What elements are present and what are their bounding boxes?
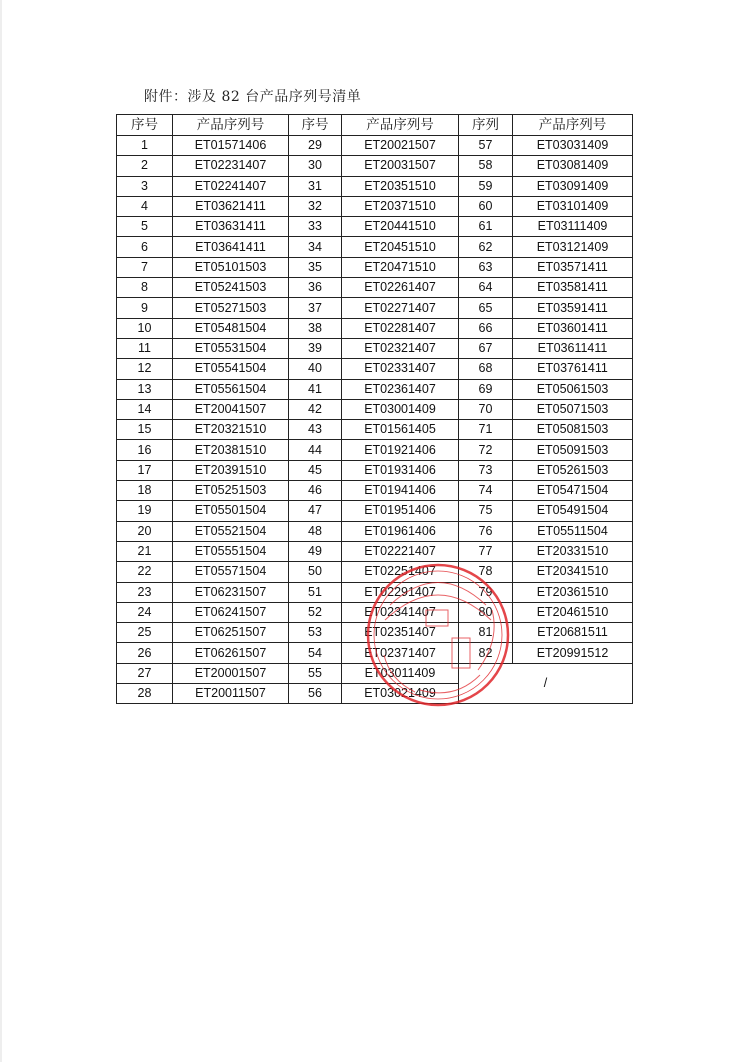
table-row: 23ET0623150751ET0229140779ET20361510 — [117, 582, 633, 602]
row-serial-cell: ET01921406 — [342, 440, 459, 460]
row-index-cell: 38 — [289, 318, 342, 338]
table-row: 17ET2039151045ET0193140673ET05261503 — [117, 460, 633, 480]
header-serial-2: 产品序列号 — [342, 115, 459, 136]
table-row: 22ET0557150450ET0225140778ET20341510 — [117, 562, 633, 582]
header-index-3: 序列 — [459, 115, 513, 136]
row-serial-cell: ET20461510 — [513, 602, 633, 622]
row-index-cell: 35 — [289, 257, 342, 277]
row-index-cell: 2 — [117, 156, 173, 176]
row-index-cell: 68 — [459, 359, 513, 379]
row-serial-cell: ET02361407 — [342, 379, 459, 399]
row-index-cell: 40 — [289, 359, 342, 379]
row-index-cell: 78 — [459, 562, 513, 582]
row-index-cell: 31 — [289, 176, 342, 196]
row-serial-cell: ET05071503 — [513, 399, 633, 419]
table-header-row: 序号 产品序列号 序号 产品序列号 序列 产品序列号 — [117, 115, 633, 136]
row-serial-cell: ET03631411 — [173, 217, 289, 237]
row-serial-cell: ET03111409 — [513, 217, 633, 237]
row-index-cell: 70 — [459, 399, 513, 419]
row-serial-cell: ET03571411 — [513, 257, 633, 277]
row-serial-cell: ET05481504 — [173, 318, 289, 338]
row-index-cell: 66 — [459, 318, 513, 338]
row-index-cell: 1 — [117, 136, 173, 156]
row-serial-cell: ET20011507 — [173, 684, 289, 704]
header-serial-3: 产品序列号 — [513, 115, 633, 136]
row-index-cell: 71 — [459, 420, 513, 440]
table-row: 7ET0510150335ET2047151063ET03571411 — [117, 257, 633, 277]
table-row: 6ET0364141134ET2045151062ET03121409 — [117, 237, 633, 257]
row-serial-cell: ET03621411 — [173, 196, 289, 216]
row-index-cell: 30 — [289, 156, 342, 176]
row-index-cell: 69 — [459, 379, 513, 399]
row-serial-cell: ET03641411 — [173, 237, 289, 257]
row-serial-cell: ET03761411 — [513, 359, 633, 379]
row-index-cell: 49 — [289, 541, 342, 561]
table-row: 8ET0524150336ET0226140764ET03581411 — [117, 278, 633, 298]
row-index-cell: 32 — [289, 196, 342, 216]
table-row: 3ET0224140731ET2035151059ET03091409 — [117, 176, 633, 196]
document-title: 附件：涉及 82 台产品序列号清单 — [144, 86, 361, 106]
row-index-cell: 3 — [117, 176, 173, 196]
row-index-cell: 63 — [459, 257, 513, 277]
row-index-cell: 21 — [117, 541, 173, 561]
row-index-cell: 34 — [289, 237, 342, 257]
table-row: 24ET0624150752ET0234140780ET20461510 — [117, 602, 633, 622]
row-serial-cell: ET20471510 — [342, 257, 459, 277]
row-serial-cell: ET03611411 — [513, 338, 633, 358]
scan-edge — [0, 0, 2, 1062]
table-body: 1ET0157140629ET2002150757ET030314092ET02… — [117, 136, 633, 704]
row-index-cell: 43 — [289, 420, 342, 440]
row-serial-cell: ET01571406 — [173, 136, 289, 156]
row-index-cell: 72 — [459, 440, 513, 460]
row-serial-cell: ET05271503 — [173, 298, 289, 318]
row-index-cell: 11 — [117, 338, 173, 358]
row-serial-cell: ET05501504 — [173, 501, 289, 521]
row-serial-cell: ET05061503 — [513, 379, 633, 399]
row-index-cell: 20 — [117, 521, 173, 541]
row-serial-cell: ET20991512 — [513, 643, 633, 663]
row-index-cell: 28 — [117, 684, 173, 704]
row-serial-cell: ET05541504 — [173, 359, 289, 379]
table-row: 15ET2032151043ET0156140571ET05081503 — [117, 420, 633, 440]
header-serial-1: 产品序列号 — [173, 115, 289, 136]
row-serial-cell: ET20041507 — [173, 399, 289, 419]
table-row: 16ET2038151044ET0192140672ET05091503 — [117, 440, 633, 460]
row-index-cell: 22 — [117, 562, 173, 582]
table-row: 14ET2004150742ET0300140970ET05071503 — [117, 399, 633, 419]
table-row: 4ET0362141132ET2037151060ET03101409 — [117, 196, 633, 216]
row-serial-cell: ET02241407 — [173, 176, 289, 196]
row-index-cell: 10 — [117, 318, 173, 338]
table-row: 11ET0553150439ET0232140767ET03611411 — [117, 338, 633, 358]
row-index-cell: 29 — [289, 136, 342, 156]
row-index-cell: 64 — [459, 278, 513, 298]
row-serial-cell: ET20351510 — [342, 176, 459, 196]
table-row: 13ET0556150441ET0236140769ET05061503 — [117, 379, 633, 399]
header-index-1: 序号 — [117, 115, 173, 136]
row-serial-cell: ET02341407 — [342, 602, 459, 622]
row-index-cell: 17 — [117, 460, 173, 480]
row-index-cell: 45 — [289, 460, 342, 480]
row-serial-cell: ET03121409 — [513, 237, 633, 257]
row-serial-cell: ET20021507 — [342, 136, 459, 156]
row-index-cell: 16 — [117, 440, 173, 460]
row-index-cell: 65 — [459, 298, 513, 318]
row-index-cell: 55 — [289, 663, 342, 683]
row-serial-cell: ET02221407 — [342, 541, 459, 561]
row-serial-cell: ET02351407 — [342, 623, 459, 643]
row-serial-cell: ET02251407 — [342, 562, 459, 582]
row-serial-cell: ET20681511 — [513, 623, 633, 643]
row-serial-cell: ET05571504 — [173, 562, 289, 582]
row-serial-cell: ET03001409 — [342, 399, 459, 419]
row-serial-cell: ET02281407 — [342, 318, 459, 338]
row-serial-cell: ET03101409 — [513, 196, 633, 216]
row-index-cell: 46 — [289, 481, 342, 501]
row-serial-cell: ET03091409 — [513, 176, 633, 196]
row-index-cell: 24 — [117, 602, 173, 622]
row-serial-cell: ET01961406 — [342, 521, 459, 541]
row-serial-cell: ET05261503 — [513, 460, 633, 480]
row-index-cell: 58 — [459, 156, 513, 176]
row-index-cell: 59 — [459, 176, 513, 196]
row-serial-cell: ET02371407 — [342, 643, 459, 663]
row-index-cell: 67 — [459, 338, 513, 358]
row-serial-cell: ET01951406 — [342, 501, 459, 521]
row-serial-cell: ET20031507 — [342, 156, 459, 176]
row-index-cell: 39 — [289, 338, 342, 358]
row-serial-cell: ET05251503 — [173, 481, 289, 501]
row-index-cell: 23 — [117, 582, 173, 602]
row-index-cell: 19 — [117, 501, 173, 521]
row-index-cell: 79 — [459, 582, 513, 602]
row-index-cell: 51 — [289, 582, 342, 602]
row-serial-cell: ET02321407 — [342, 338, 459, 358]
row-index-cell: 53 — [289, 623, 342, 643]
empty-merged-cell: / — [459, 663, 633, 704]
row-serial-cell: ET20381510 — [173, 440, 289, 460]
row-index-cell: 81 — [459, 623, 513, 643]
table-row: 1ET0157140629ET2002150757ET03031409 — [117, 136, 633, 156]
row-serial-cell: ET03031409 — [513, 136, 633, 156]
row-serial-cell: ET02231407 — [173, 156, 289, 176]
table-row: 19ET0550150447ET0195140675ET05491504 — [117, 501, 633, 521]
table-row: 10ET0548150438ET0228140766ET03601411 — [117, 318, 633, 338]
row-serial-cell: ET06231507 — [173, 582, 289, 602]
row-index-cell: 8 — [117, 278, 173, 298]
row-index-cell: 7 — [117, 257, 173, 277]
row-serial-cell: ET20341510 — [513, 562, 633, 582]
row-index-cell: 74 — [459, 481, 513, 501]
row-serial-cell: ET20321510 — [173, 420, 289, 440]
row-serial-cell: ET20331510 — [513, 541, 633, 561]
row-serial-cell: ET05551504 — [173, 541, 289, 561]
table-row: 26ET0626150754ET0237140782ET20991512 — [117, 643, 633, 663]
row-index-cell: 25 — [117, 623, 173, 643]
table-row: 9ET0527150337ET0227140765ET03591411 — [117, 298, 633, 318]
row-serial-cell: ET20361510 — [513, 582, 633, 602]
table-row: 25ET0625150753ET0235140781ET20681511 — [117, 623, 633, 643]
table-row: 2ET0223140730ET2003150758ET03081409 — [117, 156, 633, 176]
row-serial-cell: ET06251507 — [173, 623, 289, 643]
row-index-cell: 61 — [459, 217, 513, 237]
row-serial-cell: ET03081409 — [513, 156, 633, 176]
row-serial-cell: ET06241507 — [173, 602, 289, 622]
row-serial-cell: ET01931406 — [342, 460, 459, 480]
row-serial-cell: ET03591411 — [513, 298, 633, 318]
row-index-cell: 36 — [289, 278, 342, 298]
row-serial-cell: ET03021409 — [342, 684, 459, 704]
row-serial-cell: ET03601411 — [513, 318, 633, 338]
row-index-cell: 60 — [459, 196, 513, 216]
row-index-cell: 77 — [459, 541, 513, 561]
table-row: 12ET0554150440ET0233140768ET03761411 — [117, 359, 633, 379]
row-serial-cell: ET02261407 — [342, 278, 459, 298]
row-serial-cell: ET05521504 — [173, 521, 289, 541]
row-serial-cell: ET20001507 — [173, 663, 289, 683]
row-index-cell: 73 — [459, 460, 513, 480]
row-serial-cell: ET20441510 — [342, 217, 459, 237]
row-index-cell: 47 — [289, 501, 342, 521]
row-serial-cell: ET02271407 — [342, 298, 459, 318]
row-serial-cell: ET01941406 — [342, 481, 459, 501]
row-serial-cell: ET05491504 — [513, 501, 633, 521]
row-index-cell: 57 — [459, 136, 513, 156]
row-serial-cell: ET02291407 — [342, 582, 459, 602]
serial-number-table: 序号 产品序列号 序号 产品序列号 序列 产品序列号 1ET0157140629… — [116, 114, 633, 704]
row-index-cell: 12 — [117, 359, 173, 379]
row-index-cell: 5 — [117, 217, 173, 237]
row-index-cell: 44 — [289, 440, 342, 460]
row-serial-cell: ET05091503 — [513, 440, 633, 460]
row-index-cell: 27 — [117, 663, 173, 683]
row-serial-cell: ET20371510 — [342, 196, 459, 216]
row-serial-cell: ET03581411 — [513, 278, 633, 298]
table-row: 21ET0555150449ET0222140777ET20331510 — [117, 541, 633, 561]
table-row: 20ET0552150448ET0196140676ET05511504 — [117, 521, 633, 541]
row-index-cell: 13 — [117, 379, 173, 399]
row-serial-cell: ET05101503 — [173, 257, 289, 277]
row-serial-cell: ET20451510 — [342, 237, 459, 257]
row-index-cell: 48 — [289, 521, 342, 541]
row-serial-cell: ET05241503 — [173, 278, 289, 298]
row-index-cell: 33 — [289, 217, 342, 237]
row-serial-cell: ET01561405 — [342, 420, 459, 440]
table-row: 5ET0363141133ET2044151061ET03111409 — [117, 217, 633, 237]
row-index-cell: 50 — [289, 562, 342, 582]
row-index-cell: 75 — [459, 501, 513, 521]
row-index-cell: 18 — [117, 481, 173, 501]
row-serial-cell: ET05511504 — [513, 521, 633, 541]
header-index-2: 序号 — [289, 115, 342, 136]
row-index-cell: 15 — [117, 420, 173, 440]
row-index-cell: 42 — [289, 399, 342, 419]
row-index-cell: 14 — [117, 399, 173, 419]
row-index-cell: 52 — [289, 602, 342, 622]
row-serial-cell: ET20391510 — [173, 460, 289, 480]
row-serial-cell: ET05561504 — [173, 379, 289, 399]
row-index-cell: 37 — [289, 298, 342, 318]
row-serial-cell: ET03011409 — [342, 663, 459, 683]
row-serial-cell: ET02331407 — [342, 359, 459, 379]
row-index-cell: 41 — [289, 379, 342, 399]
row-index-cell: 4 — [117, 196, 173, 216]
row-serial-cell: ET05531504 — [173, 338, 289, 358]
row-index-cell: 54 — [289, 643, 342, 663]
row-index-cell: 76 — [459, 521, 513, 541]
row-index-cell: 56 — [289, 684, 342, 704]
table-row: 27ET2000150755ET03011409/ — [117, 663, 633, 683]
row-index-cell: 6 — [117, 237, 173, 257]
row-index-cell: 80 — [459, 602, 513, 622]
row-serial-cell: ET05471504 — [513, 481, 633, 501]
row-serial-cell: ET06261507 — [173, 643, 289, 663]
row-index-cell: 9 — [117, 298, 173, 318]
row-index-cell: 82 — [459, 643, 513, 663]
row-serial-cell: ET05081503 — [513, 420, 633, 440]
row-index-cell: 26 — [117, 643, 173, 663]
table-row: 18ET0525150346ET0194140674ET05471504 — [117, 481, 633, 501]
row-index-cell: 62 — [459, 237, 513, 257]
